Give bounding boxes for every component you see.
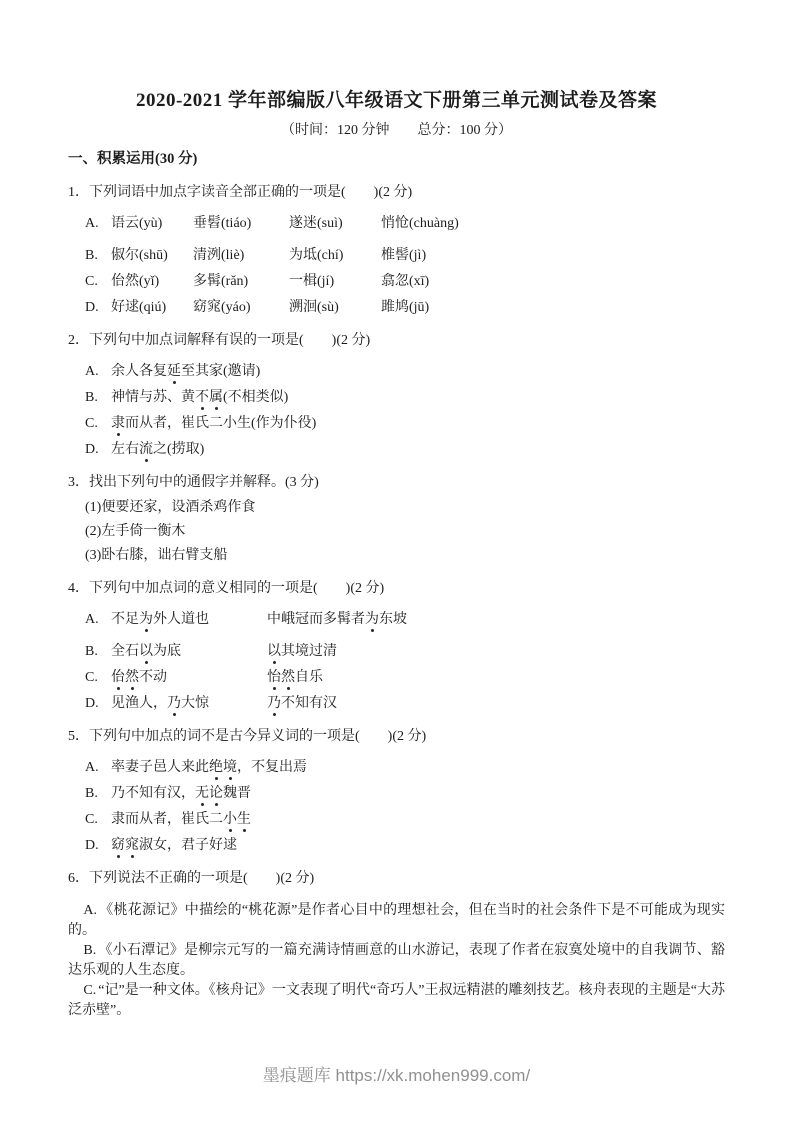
footer-watermark: 墨痕题库 https://xk.mohen999.com/ [0, 1061, 793, 1086]
option-text: 率妻子邑人来此绝境，不复出焉 [111, 760, 307, 775]
questions-container: 1．下列词语中加点字读音全部正确的一项是( )(2 分)A.语云(yù)垂髫(t… [68, 184, 725, 1021]
option-row: D.窈窕淑女，君子好逑 [85, 837, 725, 854]
question-1: 1．下列词语中加点字读音全部正确的一项是( )(2 分)A.语云(yù)垂髫(t… [68, 184, 725, 316]
option-row: B.俶尔(shū)清洌(liè)为坻(chí)椎髻(jì) [85, 247, 725, 264]
emphasis-dot-char: 怡 [267, 669, 281, 686]
option-label: C. [85, 273, 111, 290]
option-label: C. [85, 415, 111, 432]
emphasis-dot-char: 论 [209, 785, 223, 802]
emphasis-dot-char: 绝 [209, 759, 223, 776]
footer-site-url: 墨痕题库 https://xk.mohen999.com/ [263, 1066, 530, 1085]
option-row: D.见渔人，乃大惊乃不知有汉 [85, 695, 725, 712]
emphasis-dot-char: 流 [139, 441, 153, 458]
emphasis-dot-char: 然 [281, 669, 295, 686]
paper-content: 2020-2021 学年部编版八年级语文下册第三单元测试卷及答案 （时间：120… [0, 0, 793, 1021]
option-label: B. [85, 389, 111, 406]
sub-question: (3)卧右膝，诎右臂支船 [85, 547, 725, 564]
question-stem: 6．下列说法不正确的一项是( )(2 分) [68, 870, 725, 887]
option-cell: 一楫(jí) [289, 273, 381, 290]
emphasis-dot-char: 属 [209, 389, 223, 406]
option-paragraph: C.“记”是一种文体。《核舟记》一文表现了明代“奇巧人”王叔远精湛的雕刻技艺。核… [68, 981, 725, 1021]
option-cell: 雎鸠(jū) [381, 299, 429, 316]
option-cell: 全石以为底 [111, 643, 267, 660]
option-label: D. [85, 695, 111, 712]
option-label: D. [85, 441, 111, 458]
option-cell: 多髯(rǎn) [193, 273, 289, 290]
emphasis-dot-char: 小 [223, 811, 237, 828]
option-row: B.乃不知有汉，无论魏晋 [85, 785, 725, 802]
emphasis-dot-char: 然 [125, 669, 139, 686]
question-3: 3．找出下列句中的通假字并解释。(3 分)(1)便要还家，设酒杀鸡作食(2)左手… [68, 474, 725, 564]
option-label: A. [85, 363, 111, 380]
emphasis-dot-char: 隶 [111, 415, 125, 432]
option-row: A.语云(yù)垂髫(tiáo)遂迷(suì)悄怆(chuàng) [85, 215, 725, 232]
emphasis-dot-char: 延 [167, 363, 181, 380]
option-row: A.余人各复延至其家(邀请) [85, 363, 725, 380]
emphasis-dot-char: 为 [139, 611, 153, 628]
sub-question: (1)便要还家，设酒杀鸡作食 [85, 499, 725, 516]
option-cell: 为坻(chí) [289, 247, 381, 264]
option-row: B.全石以为底以其境过清 [85, 643, 725, 660]
option-cell: 悄怆(chuàng) [381, 215, 459, 232]
option-row: D.好逑(qiú)窈窕(yáo)溯洄(sù)雎鸠(jū) [85, 299, 725, 316]
option-row: C.隶而从者，崔氏二小生(作为仆役) [85, 415, 725, 432]
option-row: B.神情与苏、黄不属(不相类似) [85, 389, 725, 406]
option-text: 窈窕淑女，君子好逑 [111, 838, 237, 853]
option-cell: 椎髻(jì) [381, 247, 426, 264]
question-stem: 1．下列词语中加点字读音全部正确的一项是( )(2 分) [68, 184, 725, 201]
option-label: C. [85, 669, 111, 686]
option-cell: 窈窕(yáo) [193, 299, 289, 316]
emphasis-dot-char: 不 [195, 389, 209, 406]
option-label: C. [83, 983, 96, 998]
emphasis-dot-char: 窕 [125, 837, 139, 854]
emphasis-dot-char: 生 [237, 811, 251, 828]
question-2: 2．下列句中加点词解释有误的一项是( )(2 分)A.余人各复延至其家(邀请)B… [68, 332, 725, 458]
option-cell: 遂迷(suì) [289, 215, 381, 232]
question-6: 6．下列说法不正确的一项是( )(2 分)A.《桃花源记》中描绘的“桃花源”是作… [68, 870, 725, 1021]
question-stem: 4．下列句中加点词的意义相同的一项是( )(2 分) [68, 580, 725, 597]
page-title: 2020-2021 学年部编版八年级语文下册第三单元测试卷及答案 [68, 92, 725, 109]
option-text: 隶而从者，崔氏二小生(作为仆役) [111, 416, 316, 431]
option-cell: 好逑(qiú) [111, 299, 193, 316]
option-cell: 以其境过清 [267, 643, 337, 660]
option-row: A.不足为外人道也中峨冠而多髯者为东坡 [85, 611, 725, 628]
option-cell: 不足为外人道也 [111, 611, 267, 628]
emphasis-dot-char: 窈 [111, 837, 125, 854]
question-5: 5．下列句中加点的词不是古今异义词的一项是( )(2 分)A.率妻子邑人来此绝境… [68, 728, 725, 854]
emphasis-dot-char: 为 [365, 611, 379, 628]
option-label: D. [85, 299, 111, 316]
option-label: A. [85, 215, 111, 232]
option-cell: 垂髫(tiáo) [193, 215, 289, 232]
option-text: 余人各复延至其家(邀请) [111, 364, 260, 379]
option-label: D. [85, 837, 111, 854]
question-stem: 5．下列句中加点的词不是古今异义词的一项是( )(2 分) [68, 728, 725, 745]
option-cell: 见渔人，乃大惊 [111, 695, 267, 712]
emphasis-dot-char: 无 [195, 785, 209, 802]
option-row: C.隶而从者，崔氏二小生 [85, 811, 725, 828]
option-label: A. [85, 759, 111, 776]
emphasis-dot-char: 以 [139, 643, 153, 660]
question-stem: 2．下列句中加点词解释有误的一项是( )(2 分) [68, 332, 725, 349]
exam-time-score: （时间：120 分钟 总分：100 分） [68, 122, 725, 139]
emphasis-dot-char: 以 [267, 643, 281, 660]
option-label: A. [83, 903, 97, 918]
emphasis-dot-char: 乃 [267, 695, 281, 712]
option-label: A. [85, 611, 111, 628]
option-cell: 溯洄(sù) [289, 299, 381, 316]
sub-question: (2)左手倚一衡木 [85, 523, 725, 540]
emphasis-dot-char: 乃 [167, 695, 181, 712]
option-text: 神情与苏、黄不属(不相类似) [111, 390, 288, 405]
option-row: D.左右流之(捞取) [85, 441, 725, 458]
option-label: C. [85, 811, 111, 828]
question-4: 4．下列句中加点词的意义相同的一项是( )(2 分)A.不足为外人道也中峨冠而多… [68, 580, 725, 712]
option-cell: 中峨冠而多髯者为东坡 [267, 611, 407, 628]
option-label: B. [83, 943, 96, 958]
option-cell: 佁然(yǐ) [111, 273, 193, 290]
option-paragraph: A.《桃花源记》中描绘的“桃花源”是作者心目中的理想社会，但在当时的社会条件下是… [68, 901, 725, 941]
option-text: 左右流之(捞取) [111, 442, 204, 457]
option-cell: 语云(yù) [111, 215, 193, 232]
option-row: C.佁然(yǐ)多髯(rǎn)一楫(jí)翕忽(xī) [85, 273, 725, 290]
option-label: B. [85, 785, 111, 802]
question-stem: 3．找出下列句中的通假字并解释。(3 分) [68, 474, 725, 491]
option-cell: 怡然自乐 [267, 669, 323, 686]
test-paper-page: 2020-2021 学年部编版八年级语文下册第三单元测试卷及答案 （时间：120… [0, 0, 793, 1122]
option-cell: 翕忽(xī) [381, 273, 429, 290]
option-cell: 佁然不动 [111, 669, 267, 686]
option-text: 乃不知有汉，无论魏晋 [111, 786, 251, 801]
option-cell: 清洌(liè) [193, 247, 289, 264]
option-row: C.佁然不动怡然自乐 [85, 669, 725, 686]
option-label: B. [85, 643, 111, 660]
option-cell: 俶尔(shū) [111, 247, 193, 264]
option-cell: 乃不知有汉 [267, 695, 337, 712]
emphasis-dot-char: 境 [223, 759, 237, 776]
option-text: 隶而从者，崔氏二小生 [111, 812, 251, 827]
option-row: A.率妻子邑人来此绝境，不复出焉 [85, 759, 725, 776]
option-label: B. [85, 247, 111, 264]
option-paragraph: B.《小石潭记》是柳宗元写的一篇充满诗情画意的山水游记，表现了作者在寂寞处境中的… [68, 941, 725, 981]
section-1-heading: 一、积累运用(30 分) [68, 151, 725, 168]
emphasis-dot-char: 佁 [111, 669, 125, 686]
